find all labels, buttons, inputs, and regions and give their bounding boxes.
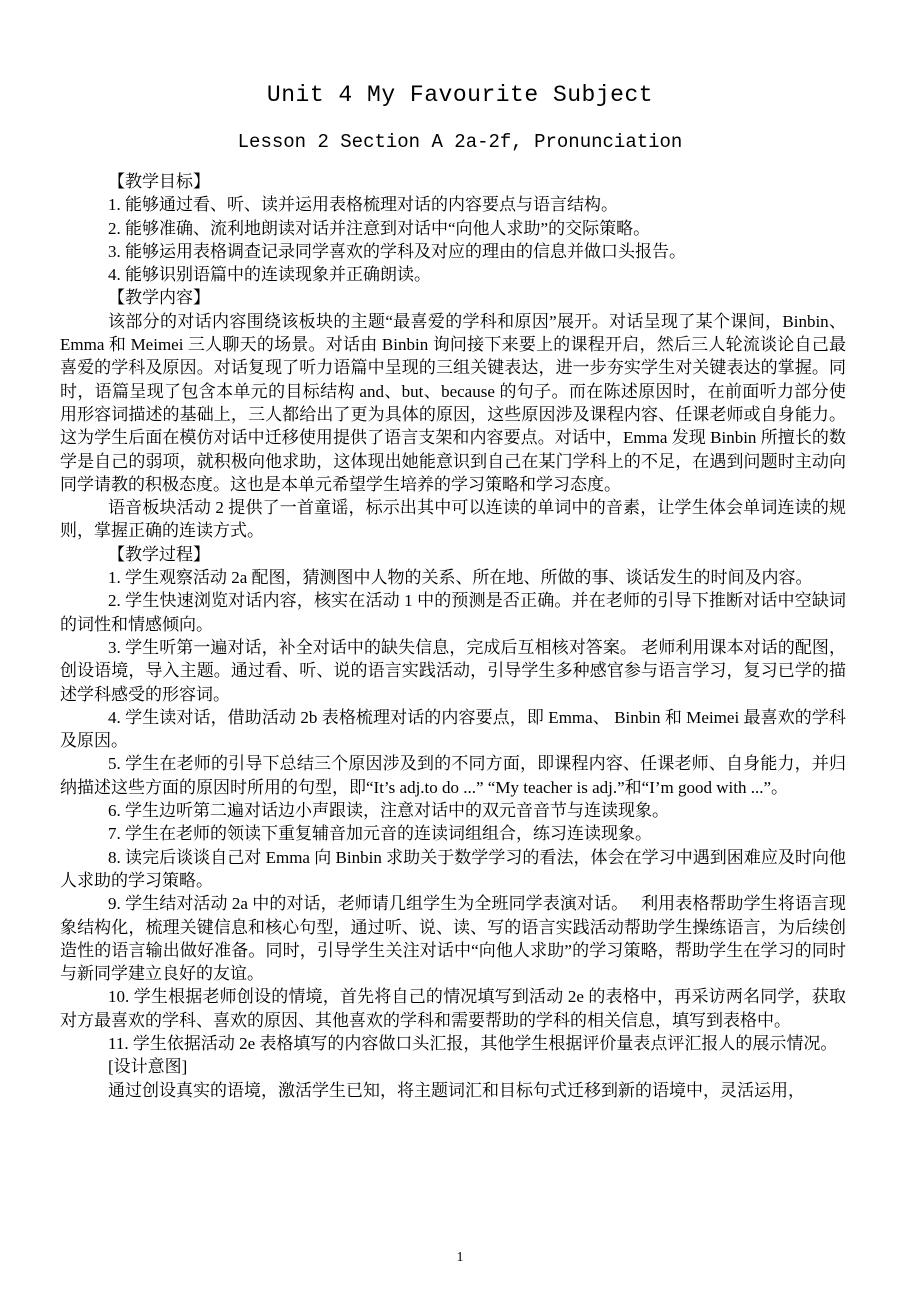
content-paragraph: 语音板块活动 2 提供了一首童谣，标示出其中可以连读的单词中的音素，让学生体会单… (60, 496, 846, 543)
process-step: 9. 学生结对活动 2a 中的对话，老师请几组学生为全班同学表演对话。 利用表格… (60, 892, 846, 985)
process-step: 2. 学生快速浏览对话内容，核实在活动 1 中的预测是否正确。并在老师的引导下推… (60, 589, 846, 636)
process-step: 6. 学生边听第二遍对话边小声跟读，注意对话中的双元音音节与连读现象。 (60, 799, 846, 822)
objective-item: 4. 能够识别语篇中的连读现象并正确朗读。 (60, 263, 846, 286)
heading-teaching-process: 【教学过程】 (60, 543, 846, 566)
document-body: 【教学目标】 1. 能够通过看、听、读并运用表格梳理对话的内容要点与语言结构。 … (60, 170, 846, 1102)
content-paragraph: 该部分的对话内容围绕该板块的主题“最喜爱的学科和原因”展开。对话呈现了某个课间，… (60, 310, 846, 496)
objective-item: 2. 能够准确、流利地朗读对话并注意到对话中“向他人求助”的交际策略。 (60, 217, 846, 240)
process-step: 10. 学生根据老师创设的情境，首先将自己的情况填写到活动 2e 的表格中，再采… (60, 985, 846, 1032)
document-page: Unit 4 My Favourite Subject Lesson 2 Sec… (0, 0, 920, 1302)
design-intent-paragraph: 通过创设真实的语境，激活学生已知，将主题词汇和目标句式迁移到新的语境中，灵活运用… (60, 1079, 846, 1102)
heading-teaching-objectives: 【教学目标】 (60, 170, 846, 193)
page-number: 1 (0, 1250, 920, 1266)
objective-item: 1. 能够通过看、听、读并运用表格梳理对话的内容要点与语言结构。 (60, 193, 846, 216)
objective-item: 3. 能够运用表格调查记录同学喜欢的学科及对应的理由的信息并做口头报告。 (60, 240, 846, 263)
document-title: Unit 4 My Favourite Subject (0, 82, 920, 108)
process-step: 7. 学生在老师的领读下重复辅音加元音的连读词组组合，练习连读现象。 (60, 822, 846, 845)
design-intent-label: [设计意图] (60, 1055, 846, 1078)
process-step: 4. 学生读对话，借助活动 2b 表格梳理对话的内容要点，即 Emma、 Bin… (60, 706, 846, 753)
process-step: 8. 读完后谈谈自己对 Emma 向 Binbin 求助关于数学学习的看法，体会… (60, 846, 846, 893)
process-step: 3. 学生听第一遍对话，补全对话中的缺失信息，完成后互相核对答案。 老师利用课本… (60, 636, 846, 706)
process-step: 5. 学生在老师的引导下总结三个原因涉及到的不同方面，即课程内容、任课老师、自身… (60, 752, 846, 799)
process-step: 1. 学生观察活动 2a 配图，猜测图中人物的关系、所在地、所做的事、谈话发生的… (60, 566, 846, 589)
heading-teaching-content: 【教学内容】 (60, 286, 846, 309)
document-subtitle: Lesson 2 Section A 2a-2f, Pronunciation (0, 131, 920, 153)
process-step: 11. 学生依据活动 2e 表格填写的内容做口头汇报，其他学生根据评价量表点评汇… (60, 1032, 846, 1055)
